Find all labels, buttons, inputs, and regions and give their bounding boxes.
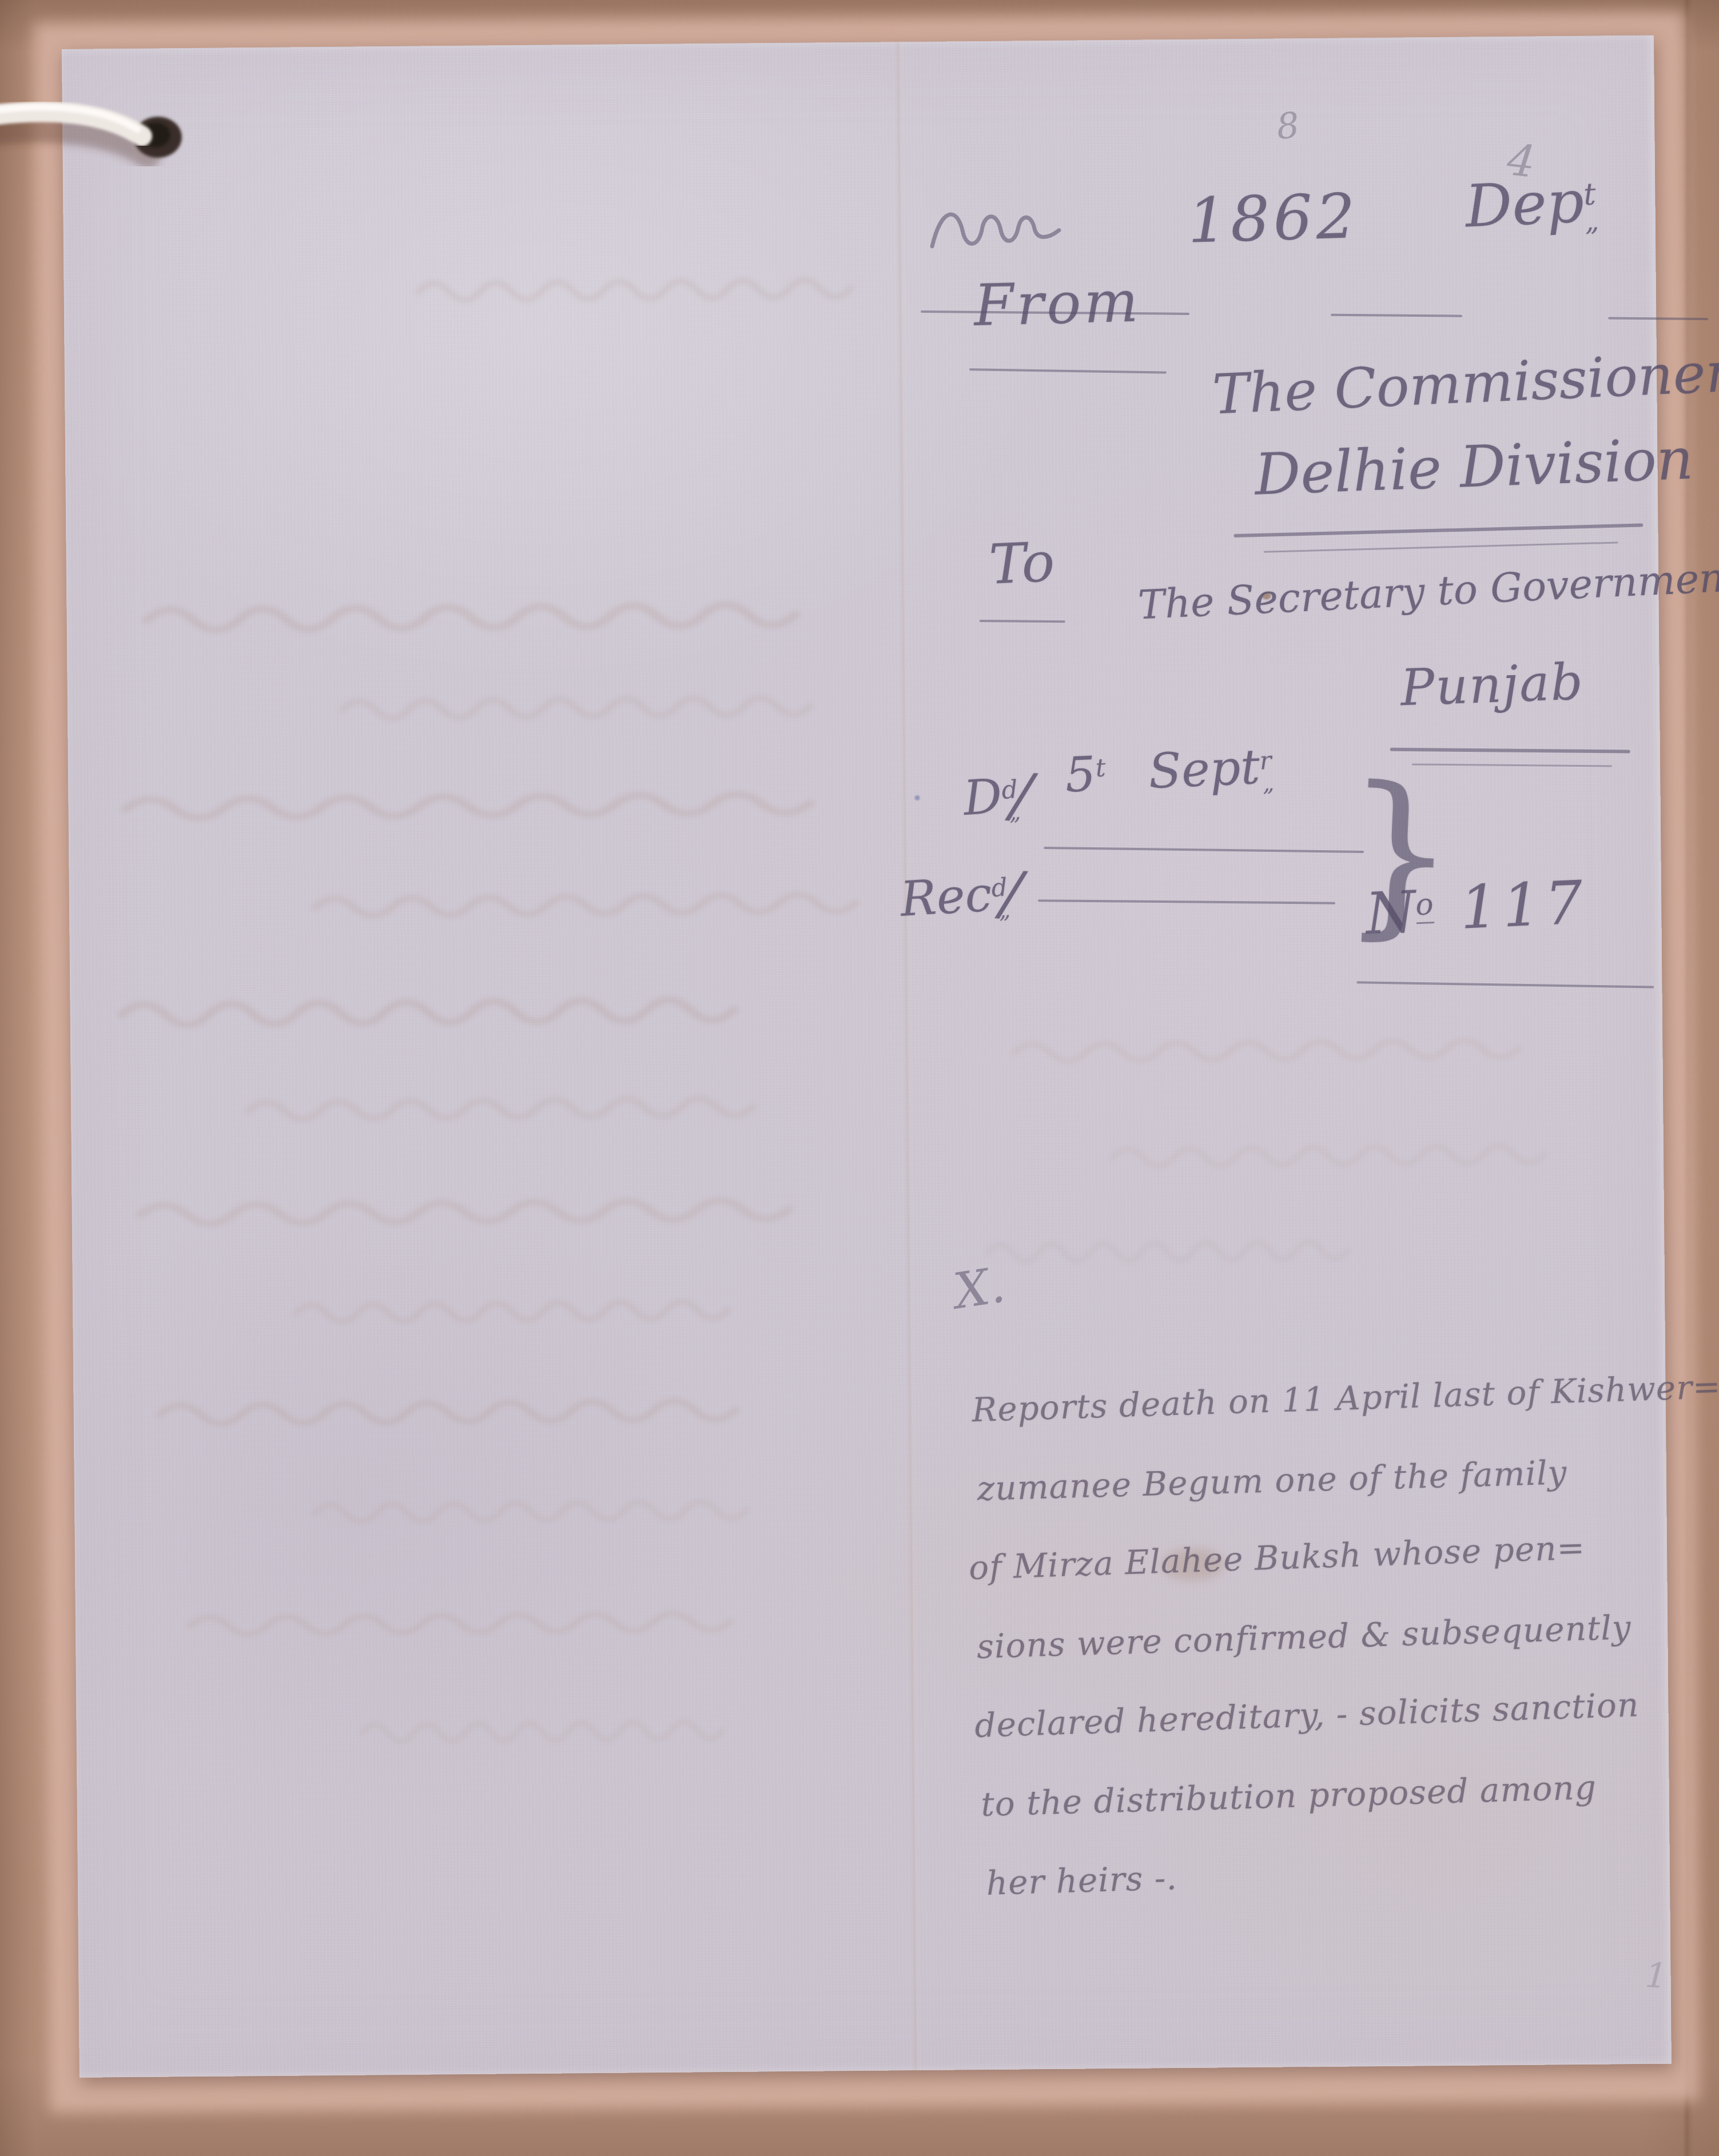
slash-mark: / [998, 858, 1024, 928]
recipient-line-punjab: Punjab [1399, 652, 1585, 717]
body-line: of Mirza Elahee Buksh whose pen= [968, 1528, 1586, 1588]
slash-mark: / [1009, 760, 1034, 831]
page-fold-crease [896, 42, 919, 2070]
paper-stain [914, 795, 920, 800]
binding-string [0, 0, 515, 343]
pencil-bottom-mark: 1 [1644, 1955, 1668, 1996]
body-line: declared hereditary, - solicits sanction [974, 1685, 1640, 1745]
number-value: 117 [1459, 867, 1589, 943]
ruled-dash [1331, 314, 1462, 317]
to-underline [980, 620, 1065, 623]
recipient-line-secretary: The Secretary to Government [1137, 553, 1719, 629]
body-line: to the distribution proposed among [981, 1768, 1597, 1824]
received-main: Rec [899, 866, 994, 927]
received-label: Recd„/ [898, 853, 1024, 930]
illegible-scribble [924, 190, 1079, 272]
year-text: 1862 [1187, 181, 1359, 257]
dated-underline [1044, 847, 1364, 853]
archived-letter-photo: 8 1862 Dept„ 4 From The Commissioner Del… [0, 0, 1719, 2156]
division-underline-2 [1264, 541, 1618, 552]
dated-label: Dd„/ [961, 755, 1034, 829]
dated-day: 5 [1064, 746, 1097, 803]
dated-day-superscript: t [1095, 754, 1107, 783]
number-label: No [1364, 878, 1435, 947]
division-underline [1233, 523, 1643, 537]
to-label: To [988, 530, 1056, 597]
number-underline [1356, 981, 1654, 988]
number-main: N [1364, 878, 1418, 947]
sender-line-commissioner: The Commissioner [1211, 340, 1719, 427]
dated-main: D [962, 768, 1004, 826]
dated-month: Sept [1147, 739, 1261, 799]
sender-line-division: Delhie Division [1254, 425, 1694, 508]
body-line: zumanee Begum one of the family [977, 1453, 1567, 1508]
reference-cross-mark: X. [950, 1256, 1009, 1320]
pencil-corner-number: 4 [1505, 134, 1538, 188]
ditto-mark: „ [1262, 770, 1275, 796]
ruled-dash [1608, 317, 1708, 320]
ditto-mark: „ [1584, 206, 1599, 238]
body-line: Reports death on 11 April last of Kishwe… [972, 1367, 1719, 1429]
body-line: sions were confirmed & subsequently [976, 1608, 1632, 1666]
from-underline [969, 368, 1167, 373]
dated-value: 5t Septr„ [1064, 738, 1275, 805]
body-line: her heirs -. [986, 1858, 1178, 1903]
number-superscript: o [1415, 887, 1434, 924]
pencil-page-number: 8 [1275, 104, 1301, 148]
from-label: From [973, 268, 1141, 339]
received-underline [1038, 899, 1335, 904]
